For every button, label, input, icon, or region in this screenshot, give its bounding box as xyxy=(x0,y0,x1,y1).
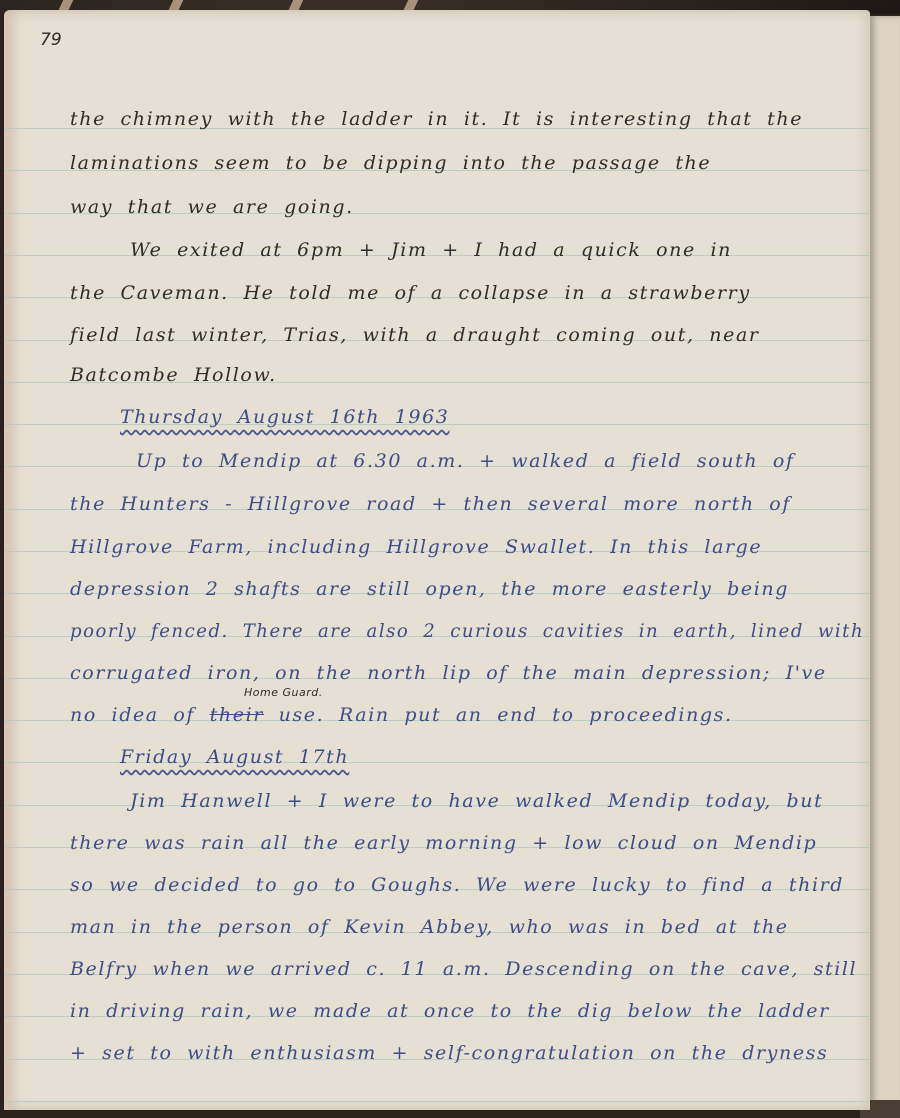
entry-date-heading: Friday August 17th xyxy=(120,746,349,768)
text-line: field last winter, Trias, with a draught… xyxy=(70,324,760,346)
text-line: the chimney with the ladder in it. It is… xyxy=(70,108,803,130)
text-line: Up to Mendip at 6.30 a.m. + walked a fie… xyxy=(136,450,795,472)
text-line: no idea of their use. Rain put an end to… xyxy=(70,704,733,726)
margin-insertion: Home Guard. xyxy=(244,686,323,699)
text-line: depression 2 shafts are still open, the … xyxy=(70,578,789,600)
text-line: + set to with enthusiasm + self-congratu… xyxy=(70,1042,828,1064)
text-line: there was rain all the early morning + l… xyxy=(70,832,817,854)
text-line: poorly fenced. There are also 2 curious … xyxy=(70,620,864,642)
entry-date-heading: Thursday August 16th 1963 xyxy=(120,406,449,428)
text-line: Hillgrove Farm, including Hillgrove Swal… xyxy=(70,536,762,558)
text-line: We exited at 6pm + Jim + I had a quick o… xyxy=(130,239,732,261)
text-fragment: use. Rain put an end to proceedings. xyxy=(264,704,733,726)
text-fragment: no idea of xyxy=(70,704,210,726)
text-line: way that we are going. xyxy=(70,196,354,218)
text-line: the Caveman. He told me of a collapse in… xyxy=(70,282,751,304)
text-line: Batcombe Hollow. xyxy=(70,364,277,386)
adjacent-page-edge xyxy=(870,16,900,1108)
text-line: in driving rain, we made at once to the … xyxy=(70,1000,830,1022)
text-line: laminations seem to be dipping into the … xyxy=(70,152,711,174)
struck-word: their xyxy=(210,704,264,726)
page-number: 79 xyxy=(40,30,62,50)
text-line: man in the person of Kevin Abbey, who wa… xyxy=(70,916,789,938)
text-line: Belfry when we arrived c. 11 a.m. Descen… xyxy=(70,958,857,980)
text-line: Jim Hanwell + I were to have walked Mend… xyxy=(130,790,823,812)
text-line: so we decided to go to Goughs. We were l… xyxy=(70,874,844,896)
text-line: corrugated iron, on the north lip of the… xyxy=(70,662,827,684)
text-line: the Hunters - Hillgrove road + then seve… xyxy=(70,493,791,515)
ruled-line xyxy=(4,1101,870,1102)
notebook-page: 79 the chimney with the ladder in it. It… xyxy=(4,10,870,1110)
